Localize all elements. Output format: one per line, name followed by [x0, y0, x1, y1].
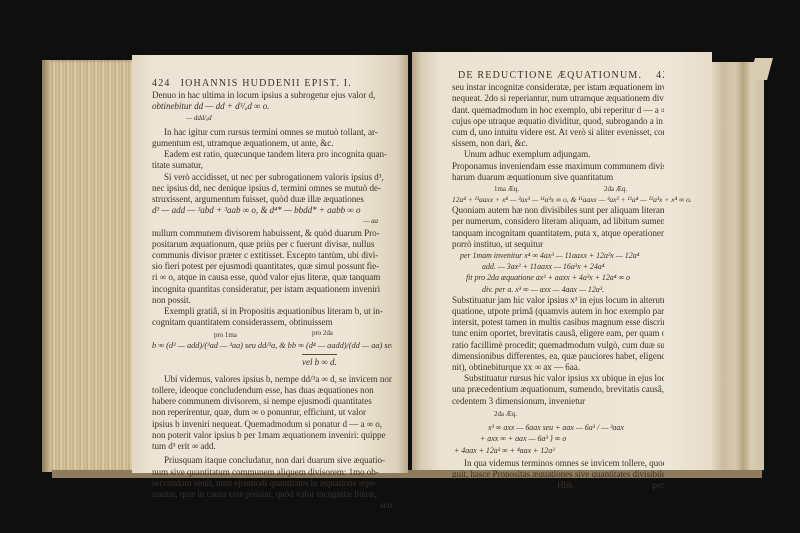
formula-label: pro 2da: [312, 328, 333, 339]
text-line: nec ipsius dd, nec denique ipsius d, ter…: [152, 183, 392, 194]
equation-line: obtinebitur dd — dd + d³/ₐd ∞ o.: [152, 101, 392, 112]
equation-line: per 1mam invenitur x⁴ ∞ 4ax³ — 11aaxx + …: [452, 250, 664, 261]
text-line: non poterit valor ipsius b per 1mam æqua…: [152, 430, 392, 441]
text-line: ipsius b inveniri nequeat. Quemadmodum s…: [152, 419, 392, 430]
equation-line: x³ ∞ axx — 6aax seu + aax — 6a³ / — ³aax: [452, 422, 664, 433]
equation-label: 2da Æq.: [604, 184, 627, 195]
text-line: communis divisor præter c extitisset. Ex…: [152, 250, 392, 261]
text-line: una præcedentium æquationum, sumendo, br…: [452, 384, 664, 395]
text-line: nit), obtinebiturque xx ∞ ax — 6aa.: [452, 362, 664, 373]
right-fore-edge: [712, 62, 764, 470]
text-line: Exempli gratiâ, si in Propositis æquatio…: [152, 306, 392, 317]
text-line: ratio facillimè procedit; quemadmodum vu…: [452, 340, 664, 351]
text-line: guit, hasce Propositas æquationes sive q…: [452, 469, 664, 480]
equation-label: 2da Æq.: [452, 409, 664, 420]
equation-line: 12a⁴ + ¹¹aaxx + x⁴ — ³ax³ — ¹¹a³x ∞ o, &…: [452, 194, 664, 205]
text-line: Ubi videmus, valores ipsius b, nempe dd/…: [152, 374, 392, 385]
text-line: Unum adhuc exemplum adjungam.: [452, 149, 664, 160]
text-line: Proponamus inveniendam esse maximum comm…: [452, 161, 664, 172]
equation-line: + 4aax + 12a³ ∞ + ⁴aax + 12a³: [452, 445, 664, 456]
open-book: 424IOHANNIS HUDDENII EPIST. I. Denuo in …: [0, 0, 800, 533]
text-line: harum duarum æquationum sive quantitatum: [452, 172, 664, 183]
text-line: Eadem est ratio, quæcunque tandem litera…: [152, 149, 392, 160]
text-line: ri ∞ o, atque in causa esse, quòd valor …: [152, 272, 392, 283]
text-line: Quoniam autem hæ non divisibiles sunt pe…: [452, 205, 664, 216]
text-line: servandum venit, num ejusmodi quantitate…: [152, 478, 392, 489]
text-line: quatione, utpote primâ (quamvis autem in…: [452, 306, 664, 317]
text-line: tanquam incognitam quantitatem, puta x, …: [452, 228, 664, 239]
text-line: cujus ope utraque æquatio dividitur, quo…: [452, 116, 664, 127]
text-line: In qua videmus terminos omnes se invicem…: [452, 458, 664, 469]
text-line: porrò instituo, ut sequitur: [452, 239, 664, 250]
text-line: seu instar incognitæ consideratæ, per is…: [452, 82, 664, 93]
text-line: gumentum est, utramque æquationem, ut an…: [152, 138, 392, 149]
text-line: incognita quantitas consideratur, per is…: [152, 284, 392, 295]
torn-page-flap: [749, 58, 773, 80]
text-line: riantur, quæ in causa esse possint, quòd…: [152, 489, 392, 500]
catchword: per: [653, 480, 664, 491]
equation-line: + axx ∞ + aax — 6a³ } ∞ o: [452, 433, 664, 444]
text-line: struxissent, argumentum fuisset, quòd du…: [152, 194, 392, 205]
text-line: cum d, uno intuitu videre est. At verò s…: [452, 127, 664, 138]
equation-line: b ∞ (d³ — add)/(³ad — ³aa) seu dd/³a, & …: [152, 340, 392, 351]
equation-line: — ddd/ₐd: [152, 113, 392, 124]
text-line: cognitam quantitatem considerassem, obti…: [152, 317, 392, 328]
text-line: nullum communem divisorem habuissent, & …: [152, 228, 392, 239]
left-page-number: 424: [152, 78, 171, 89]
text-line: tum d³ erit ∞ add.: [152, 441, 392, 452]
text-line: titate sumatur,: [152, 160, 392, 171]
text-line: tunc enim oportet, brevitatis causâ, eli…: [452, 328, 664, 339]
text-line: per numerum, considero literam aliquam, …: [452, 216, 664, 227]
text-line: cedentem 3 dimensionum, invenietur: [452, 396, 664, 407]
text-line: sissem, non dari, &c.: [452, 138, 664, 149]
text-line: intersit, potest tamen in multis casibus…: [452, 317, 664, 328]
signature-mark: Hhh: [557, 480, 573, 491]
text-line: Substituatur rursus hic valor ipsius xx …: [452, 373, 664, 384]
formula-label: pro 1ma: [214, 330, 237, 341]
text-line: dant. quemadmodum in hoc exemplo, ubi re…: [452, 105, 664, 116]
catchword: seu: [152, 500, 392, 511]
equation-line: vel b ∞ d.: [152, 354, 392, 368]
text-line: Substituatur jam hic valor ipsius x³ in …: [452, 295, 664, 306]
right-running-head: DE REDUCTIONE ÆQUATIONUM.425: [452, 70, 664, 81]
left-fore-edge: [42, 60, 134, 472]
equation-line: d³ — add — ³abd + ³aab ∞ o, & d⁴* — bbdd…: [152, 205, 392, 216]
text-line: Si verò accidisset, ut nec per subrogati…: [152, 172, 392, 183]
equation-line: fit pro 2da æquatione ax³ + aaxx + 4a³x …: [452, 272, 664, 283]
text-line: Denuo in hac ultima in locum ipsius a su…: [152, 90, 392, 101]
text-line: nequeat. 2do si reperiantur, num utramqu…: [452, 93, 664, 104]
text-line: In hac igitur cum rursus termini omnes s…: [152, 127, 392, 138]
equation-line: add. — 3ax³ + 11aaxx — 16a³x + 24a⁴: [452, 261, 664, 272]
equation-label: 1ma Æq.: [494, 184, 519, 195]
text-line: num sive quantitatum communem aliquem di…: [152, 467, 392, 478]
left-running-head: 424IOHANNIS HUDDENII EPIST. I.: [152, 78, 392, 89]
text-line: dimensionibus differentes, ea, quæ pauci…: [452, 351, 664, 362]
text-line: tollere, ideoque concludendum esse, has …: [152, 385, 392, 396]
right-page-text: DE REDUCTIONE ÆQUATIONUM.425 seu instar …: [452, 70, 664, 491]
text-line: Priusquam itaque concludatur, non dari d…: [152, 455, 392, 466]
text-line: sio fieri potest per ejusmodi quantitate…: [152, 261, 392, 272]
right-page-number: 425: [656, 70, 664, 81]
left-page-text: 424IOHANNIS HUDDENII EPIST. I. Denuo in …: [152, 78, 392, 511]
text-line: non reperirentur, quæ, dum ∞ o ponuntur,…: [152, 407, 392, 418]
equation-line: — aa: [152, 216, 392, 227]
text-line: habere communem divisorem, si nempe ejus…: [152, 396, 392, 407]
text-line: non possit.: [152, 295, 392, 306]
text-line: positarum æquationum, quæ priùs per c fu…: [152, 239, 392, 250]
equation-line: div. per a. x³ ∞ — axx — 4aax — 12a³.: [452, 284, 664, 295]
